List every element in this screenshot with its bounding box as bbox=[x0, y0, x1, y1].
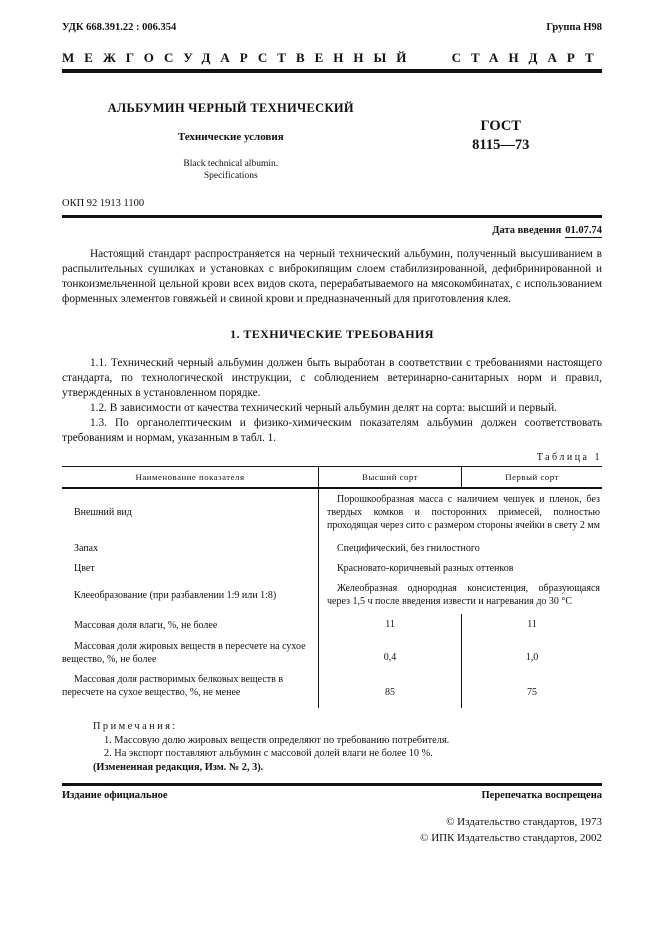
row-name: Запах bbox=[62, 538, 319, 558]
title-english: Black technical albumin. Specifications bbox=[62, 159, 400, 182]
row-value: Красновато-коричневый разных оттенков bbox=[319, 558, 603, 578]
introduction-date-label: Дата введения bbox=[492, 225, 561, 236]
note-item-2: 2. На экспорт поставляют альбумин с масс… bbox=[93, 747, 602, 761]
row-name: Цвет bbox=[62, 558, 319, 578]
lead-paragraph: Настоящий стандарт распространяется на ч… bbox=[62, 247, 602, 307]
official-edition-label: Издание официальное bbox=[62, 790, 168, 801]
copyright-line-2002: © ИПК Издательство стандартов, 2002 bbox=[62, 831, 602, 847]
note-item-1: 1. Массовую долю жировых веществ определ… bbox=[93, 734, 602, 748]
gost-label: ГОСТ bbox=[400, 117, 603, 136]
row-name: Массовая доля влаги, %, не более bbox=[62, 614, 319, 636]
table-row: Запах Специфический, без гнилостного bbox=[62, 538, 602, 558]
copyright-block: © Издательство стандартов, 1973 © ИПК Из… bbox=[62, 815, 602, 846]
clause-1-2: 1.2. В зависимости от качества техническ… bbox=[62, 401, 602, 416]
notes-block: Примечания: 1. Массовую долю жировых вещ… bbox=[93, 720, 602, 774]
introduction-date: Дата введения01.07.74 bbox=[62, 225, 602, 236]
row-value-first: 75 bbox=[462, 669, 602, 708]
row-value-first: 1,0 bbox=[462, 636, 602, 669]
spec-table: Наименование показателя Высший сорт Перв… bbox=[62, 466, 602, 708]
row-value: Желеобразная однородная консистенция, об… bbox=[319, 578, 603, 614]
table-row: Цвет Красновато-коричневый разных оттенк… bbox=[62, 558, 602, 578]
document-page: УДК 668.391.22 : 006.354 Группа Н98 МЕЖГ… bbox=[62, 0, 602, 846]
title-english-line2: Specifications bbox=[62, 171, 400, 183]
column-header-highest-grade: Высший сорт bbox=[319, 467, 462, 489]
row-name: Клееобразование (при разбавлении 1:9 или… bbox=[62, 578, 319, 614]
table-row: Клееобразование (при разбавлении 1:9 или… bbox=[62, 578, 602, 614]
row-value-highest: 85 bbox=[319, 669, 462, 708]
table-caption: Таблица 1 bbox=[62, 452, 602, 463]
column-header-first-grade: Первый сорт bbox=[462, 467, 602, 489]
okp-code: ОКП 92 1913 1100 bbox=[62, 198, 602, 209]
title-block: АЛЬБУМИН ЧЕРНЫЙ ТЕХНИЧЕСКИЙ Технические … bbox=[62, 101, 602, 182]
row-value-highest: 0,4 bbox=[319, 636, 462, 669]
introduction-date-value: 01.07.74 bbox=[565, 225, 602, 238]
row-value: Специфический, без гнилостного bbox=[319, 538, 603, 558]
table-row: Массовая доля растворимых белковых вещес… bbox=[62, 669, 602, 708]
udk-code: УДК 668.391.22 : 006.354 bbox=[62, 22, 176, 33]
gost-number: 8115—73 bbox=[400, 136, 603, 155]
clause-1-1: 1.1. Технический черный альбумин должен … bbox=[62, 356, 602, 401]
header-rule bbox=[62, 69, 602, 73]
reprint-prohibited-label: Перепечатка воспрещена bbox=[482, 790, 602, 801]
amendment-note: (Измененная редакция, Изм. № 2, 3). bbox=[93, 761, 602, 775]
table-row: Внешний вид Порошкообразная масса с нали… bbox=[62, 488, 602, 538]
table-row: Массовая доля влаги, %, не более 11 11 bbox=[62, 614, 602, 636]
document-subtitle: Технические условия bbox=[62, 131, 400, 143]
standard-type-heading: МЕЖГОСУДАРСТВЕННЫЙ СТАНДАРТ bbox=[62, 50, 602, 66]
row-name: Внешний вид bbox=[62, 488, 319, 538]
clause-1-3: 1.3. По органолептическим и физико-химич… bbox=[62, 416, 602, 446]
table-header-row: Наименование показателя Высший сорт Перв… bbox=[62, 467, 602, 489]
row-value-first: 11 bbox=[462, 614, 602, 636]
row-name: Массовая доля жировых веществ в пересчет… bbox=[62, 636, 319, 669]
notes-label: Примечания: bbox=[93, 720, 602, 734]
copyright-line-1973: © Издательство стандартов, 1973 bbox=[62, 815, 602, 831]
title-english-line1: Black technical albumin. bbox=[62, 159, 400, 171]
top-codes-row: УДК 668.391.22 : 006.354 Группа Н98 bbox=[62, 0, 602, 33]
footer-rule bbox=[62, 783, 602, 786]
section-1-heading: 1. ТЕХНИЧЕСКИЕ ТРЕБОВАНИЯ bbox=[62, 327, 602, 342]
document-title: АЛЬБУМИН ЧЕРНЫЙ ТЕХНИЧЕСКИЙ bbox=[62, 101, 400, 116]
gost-designation: ГОСТ 8115—73 bbox=[400, 117, 603, 182]
divider-rule bbox=[62, 215, 602, 218]
row-value-highest: 11 bbox=[319, 614, 462, 636]
title-left-column: АЛЬБУМИН ЧЕРНЫЙ ТЕХНИЧЕСКИЙ Технические … bbox=[62, 101, 400, 182]
row-name: Массовая доля растворимых белковых вещес… bbox=[62, 669, 319, 708]
row-value: Порошкообразная масса с наличием чешуек … bbox=[319, 488, 603, 538]
table-row: Массовая доля жировых веществ в пересчет… bbox=[62, 636, 602, 669]
footer-line: Издание официальное Перепечатка воспреще… bbox=[62, 790, 602, 801]
column-header-name: Наименование показателя bbox=[62, 467, 319, 489]
group-code: Группа Н98 bbox=[546, 22, 602, 33]
